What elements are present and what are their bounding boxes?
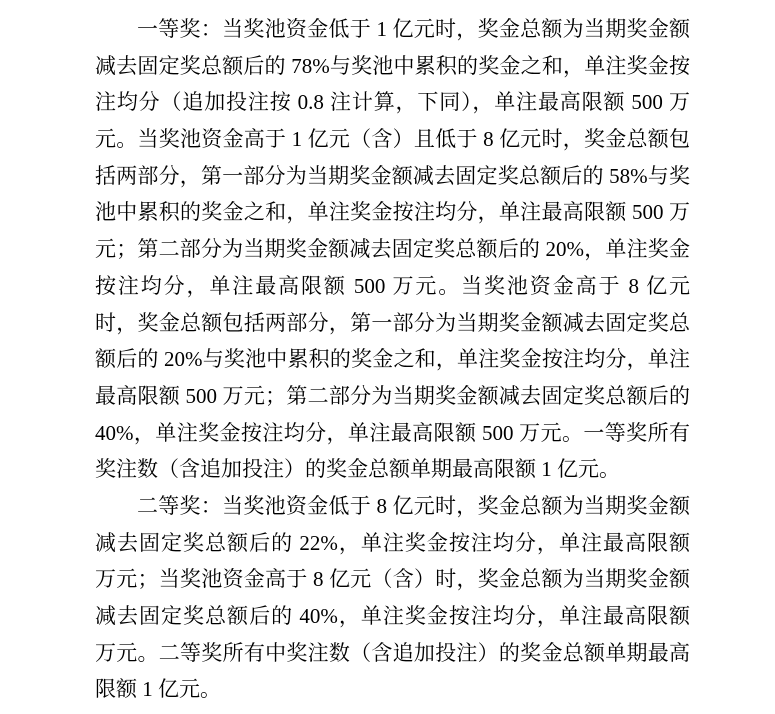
document-body: 一等奖：当奖池资金低于 1 亿元时，奖金总额为当期奖金额 减去固定奖总额后的 7… xyxy=(95,11,690,708)
text-line: 40%，单注奖金按注均分，单注最高限额 500 万元。一等奖所有中 xyxy=(95,415,690,452)
text-line: 万元。二等奖所有中奖注数（含追加投注）的奖金总额单期最高 xyxy=(95,635,690,672)
text-line: 元。当奖池资金高于 1 亿元（含）且低于 8 亿元时，奖金总额包 xyxy=(95,121,690,158)
text-line: 最高限额 500 万元；第二部分为当期奖金额减去固定奖总额后的 xyxy=(95,378,690,415)
text-line: 限额 1 亿元。 xyxy=(95,671,690,708)
text-line: 时，奖金总额包括两部分，第一部分为当期奖金额减去固定奖总 xyxy=(95,305,690,342)
text-line: 减去固定奖总额后的 78%与奖池中累积的奖金之和，单注奖金按 xyxy=(95,48,690,85)
text-line: 元；第二部分为当期奖金额减去固定奖总额后的 20%，单注奖金 xyxy=(95,231,690,268)
document-page: 一等奖：当奖池资金低于 1 亿元时，奖金总额为当期奖金额 减去固定奖总额后的 7… xyxy=(0,0,775,714)
text-line: 减去固定奖总额后的 40%，单注奖金按注均分，单注最高限额 500 xyxy=(95,598,690,635)
text-line: 池中累积的奖金之和，单注奖金按注均分，单注最高限额 500 万 xyxy=(95,194,690,231)
text-line: 奖注数（含追加投注）的奖金总额单期最高限额 1 亿元。 xyxy=(95,451,690,488)
text-line: 减去固定奖总额后的 22%，单注奖金按注均分，单注最高限额 500 xyxy=(95,525,690,562)
text-line: 括两部分，第一部分为当期奖金额减去固定奖总额后的 58%与奖 xyxy=(95,158,690,195)
text-line: 一等奖：当奖池资金低于 1 亿元时，奖金总额为当期奖金额 xyxy=(95,11,690,48)
paragraph-second-prize: 二等奖：当奖池资金低于 8 亿元时，奖金总额为当期奖金额 减去固定奖总额后的 2… xyxy=(95,488,690,708)
text-line: 万元；当奖池资金高于 8 亿元（含）时，奖金总额为当期奖金额 xyxy=(95,561,690,598)
text-line: 二等奖：当奖池资金低于 8 亿元时，奖金总额为当期奖金额 xyxy=(95,488,690,525)
text-line: 按注均分，单注最高限额 500 万元。当奖池资金高于 8 亿元（含） xyxy=(95,268,690,305)
text-line: 注均分（追加投注按 0.8 注计算，下同），单注最高限额 500 万 xyxy=(95,84,690,121)
paragraph-first-prize: 一等奖：当奖池资金低于 1 亿元时，奖金总额为当期奖金额 减去固定奖总额后的 7… xyxy=(95,11,690,488)
text-line: 额后的 20%与奖池中累积的奖金之和，单注奖金按注均分，单注 xyxy=(95,341,690,378)
